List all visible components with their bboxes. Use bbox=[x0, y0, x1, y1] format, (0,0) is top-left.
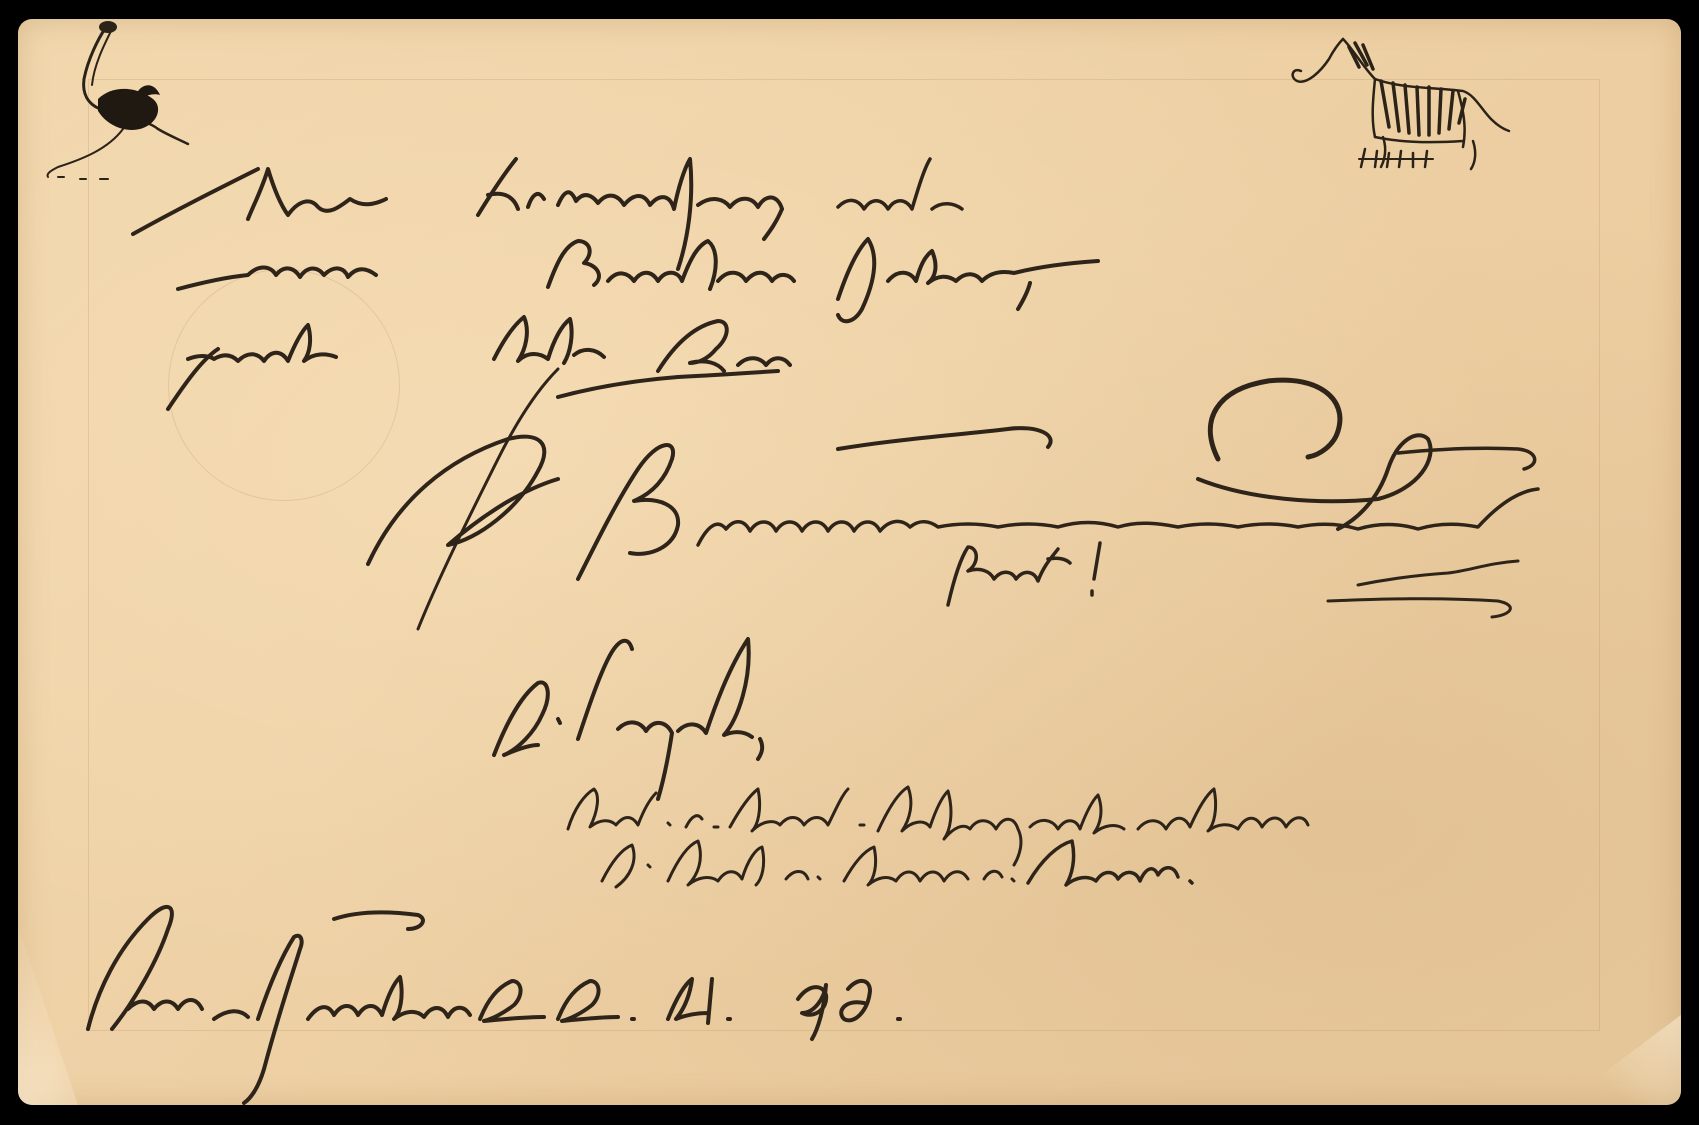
postcard: Vom Kilimandjaro, mit unter Brüdern und … bbox=[18, 19, 1681, 1105]
handwritten-message-strokes bbox=[18, 19, 1681, 1105]
